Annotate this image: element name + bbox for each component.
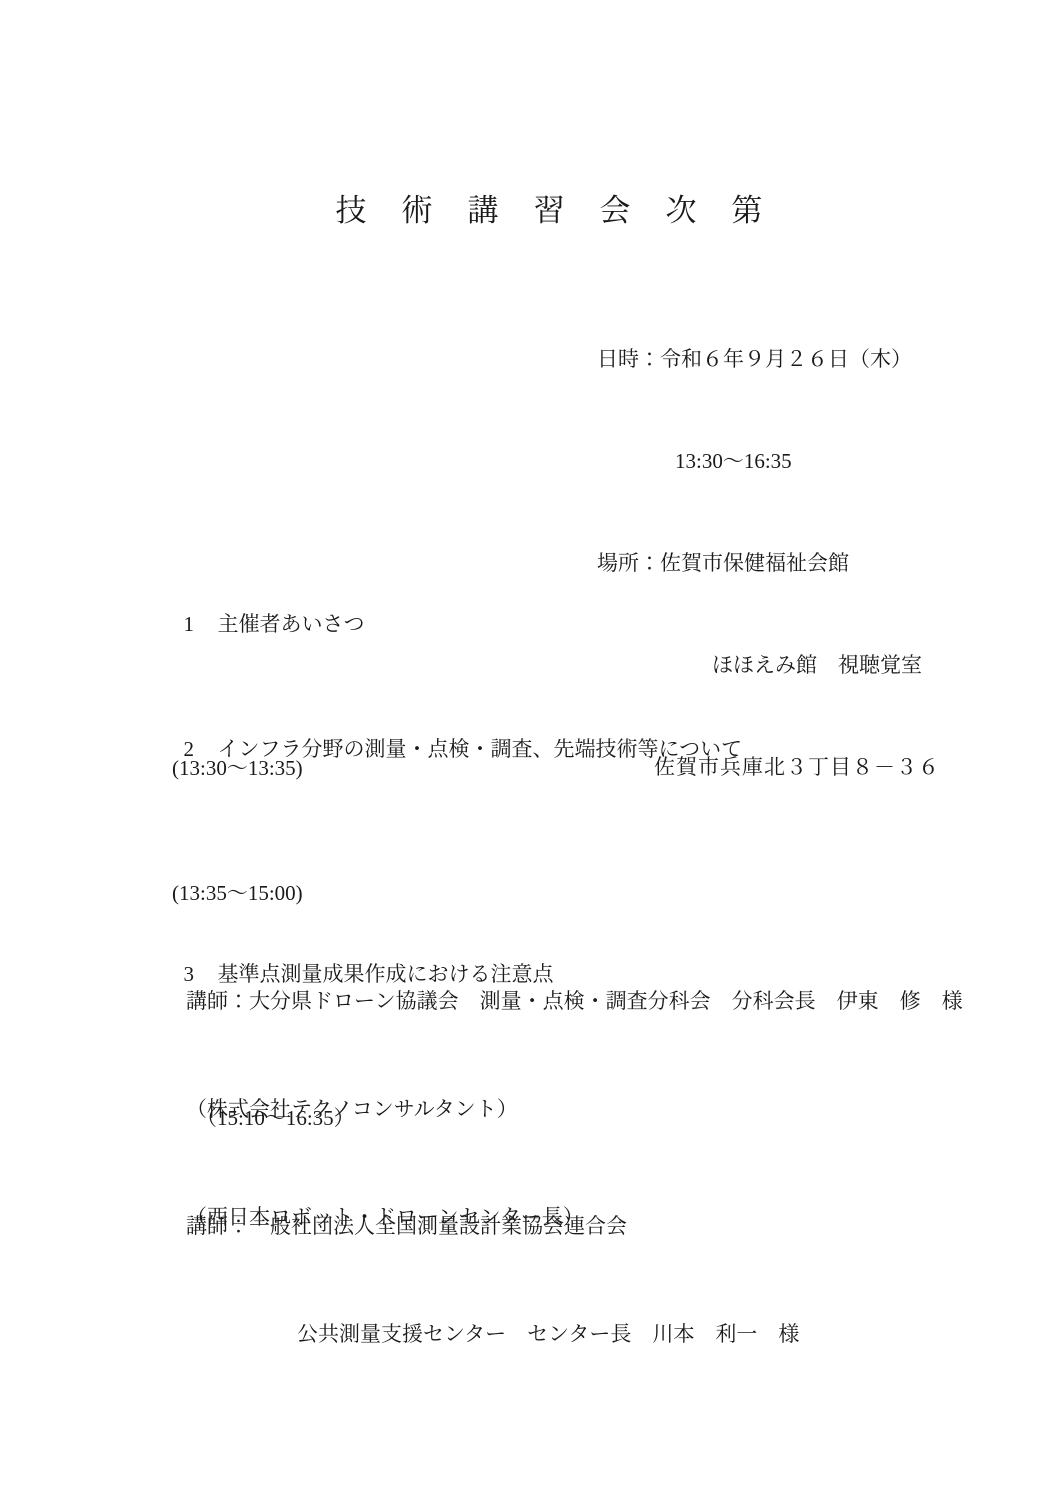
document-page: 技 術 講 習 会 次 第 日時：令和６年９月２６日（木） 13:30～16:3… — [0, 0, 1058, 1497]
agenda-item-2-head: 2インフラ分野の測量・点検・調査、先端技術等について — [152, 695, 963, 803]
agenda-item-3-number: 3 — [184, 956, 218, 992]
agenda-item-3-lecturer-name: 公共測量支援センター センター長 川本 利一 様 — [297, 1316, 799, 1352]
agenda-item-3-lecturer: 講師：一般社団法人全国測量設計業協会連合会 — [186, 1208, 799, 1244]
meta-place: 場所：佐賀市保健福祉会館 — [597, 546, 940, 580]
meta-datetime: 日時：令和６年９月２６日（木） — [597, 342, 940, 376]
agenda-item-3-time: （15:10～16:35） — [196, 1100, 799, 1136]
page-title: 技 術 講 習 会 次 第 — [0, 185, 1058, 230]
agenda-item-3-head: 3基準点測量成果作成における注意点 — [152, 920, 799, 1028]
agenda-item-2-title: インフラ分野の測量・点検・調査、先端技術等について — [218, 737, 743, 761]
agenda-item-2-number: 2 — [184, 731, 218, 767]
agenda-item-3: 3基準点測量成果作成における注意点 （15:10～16:35） 講師：一般社団法… — [152, 848, 799, 1424]
agenda-item-3-title: 基準点測量成果作成における注意点 — [218, 962, 554, 986]
meta-time-range: 13:30～16:35 — [675, 444, 940, 478]
